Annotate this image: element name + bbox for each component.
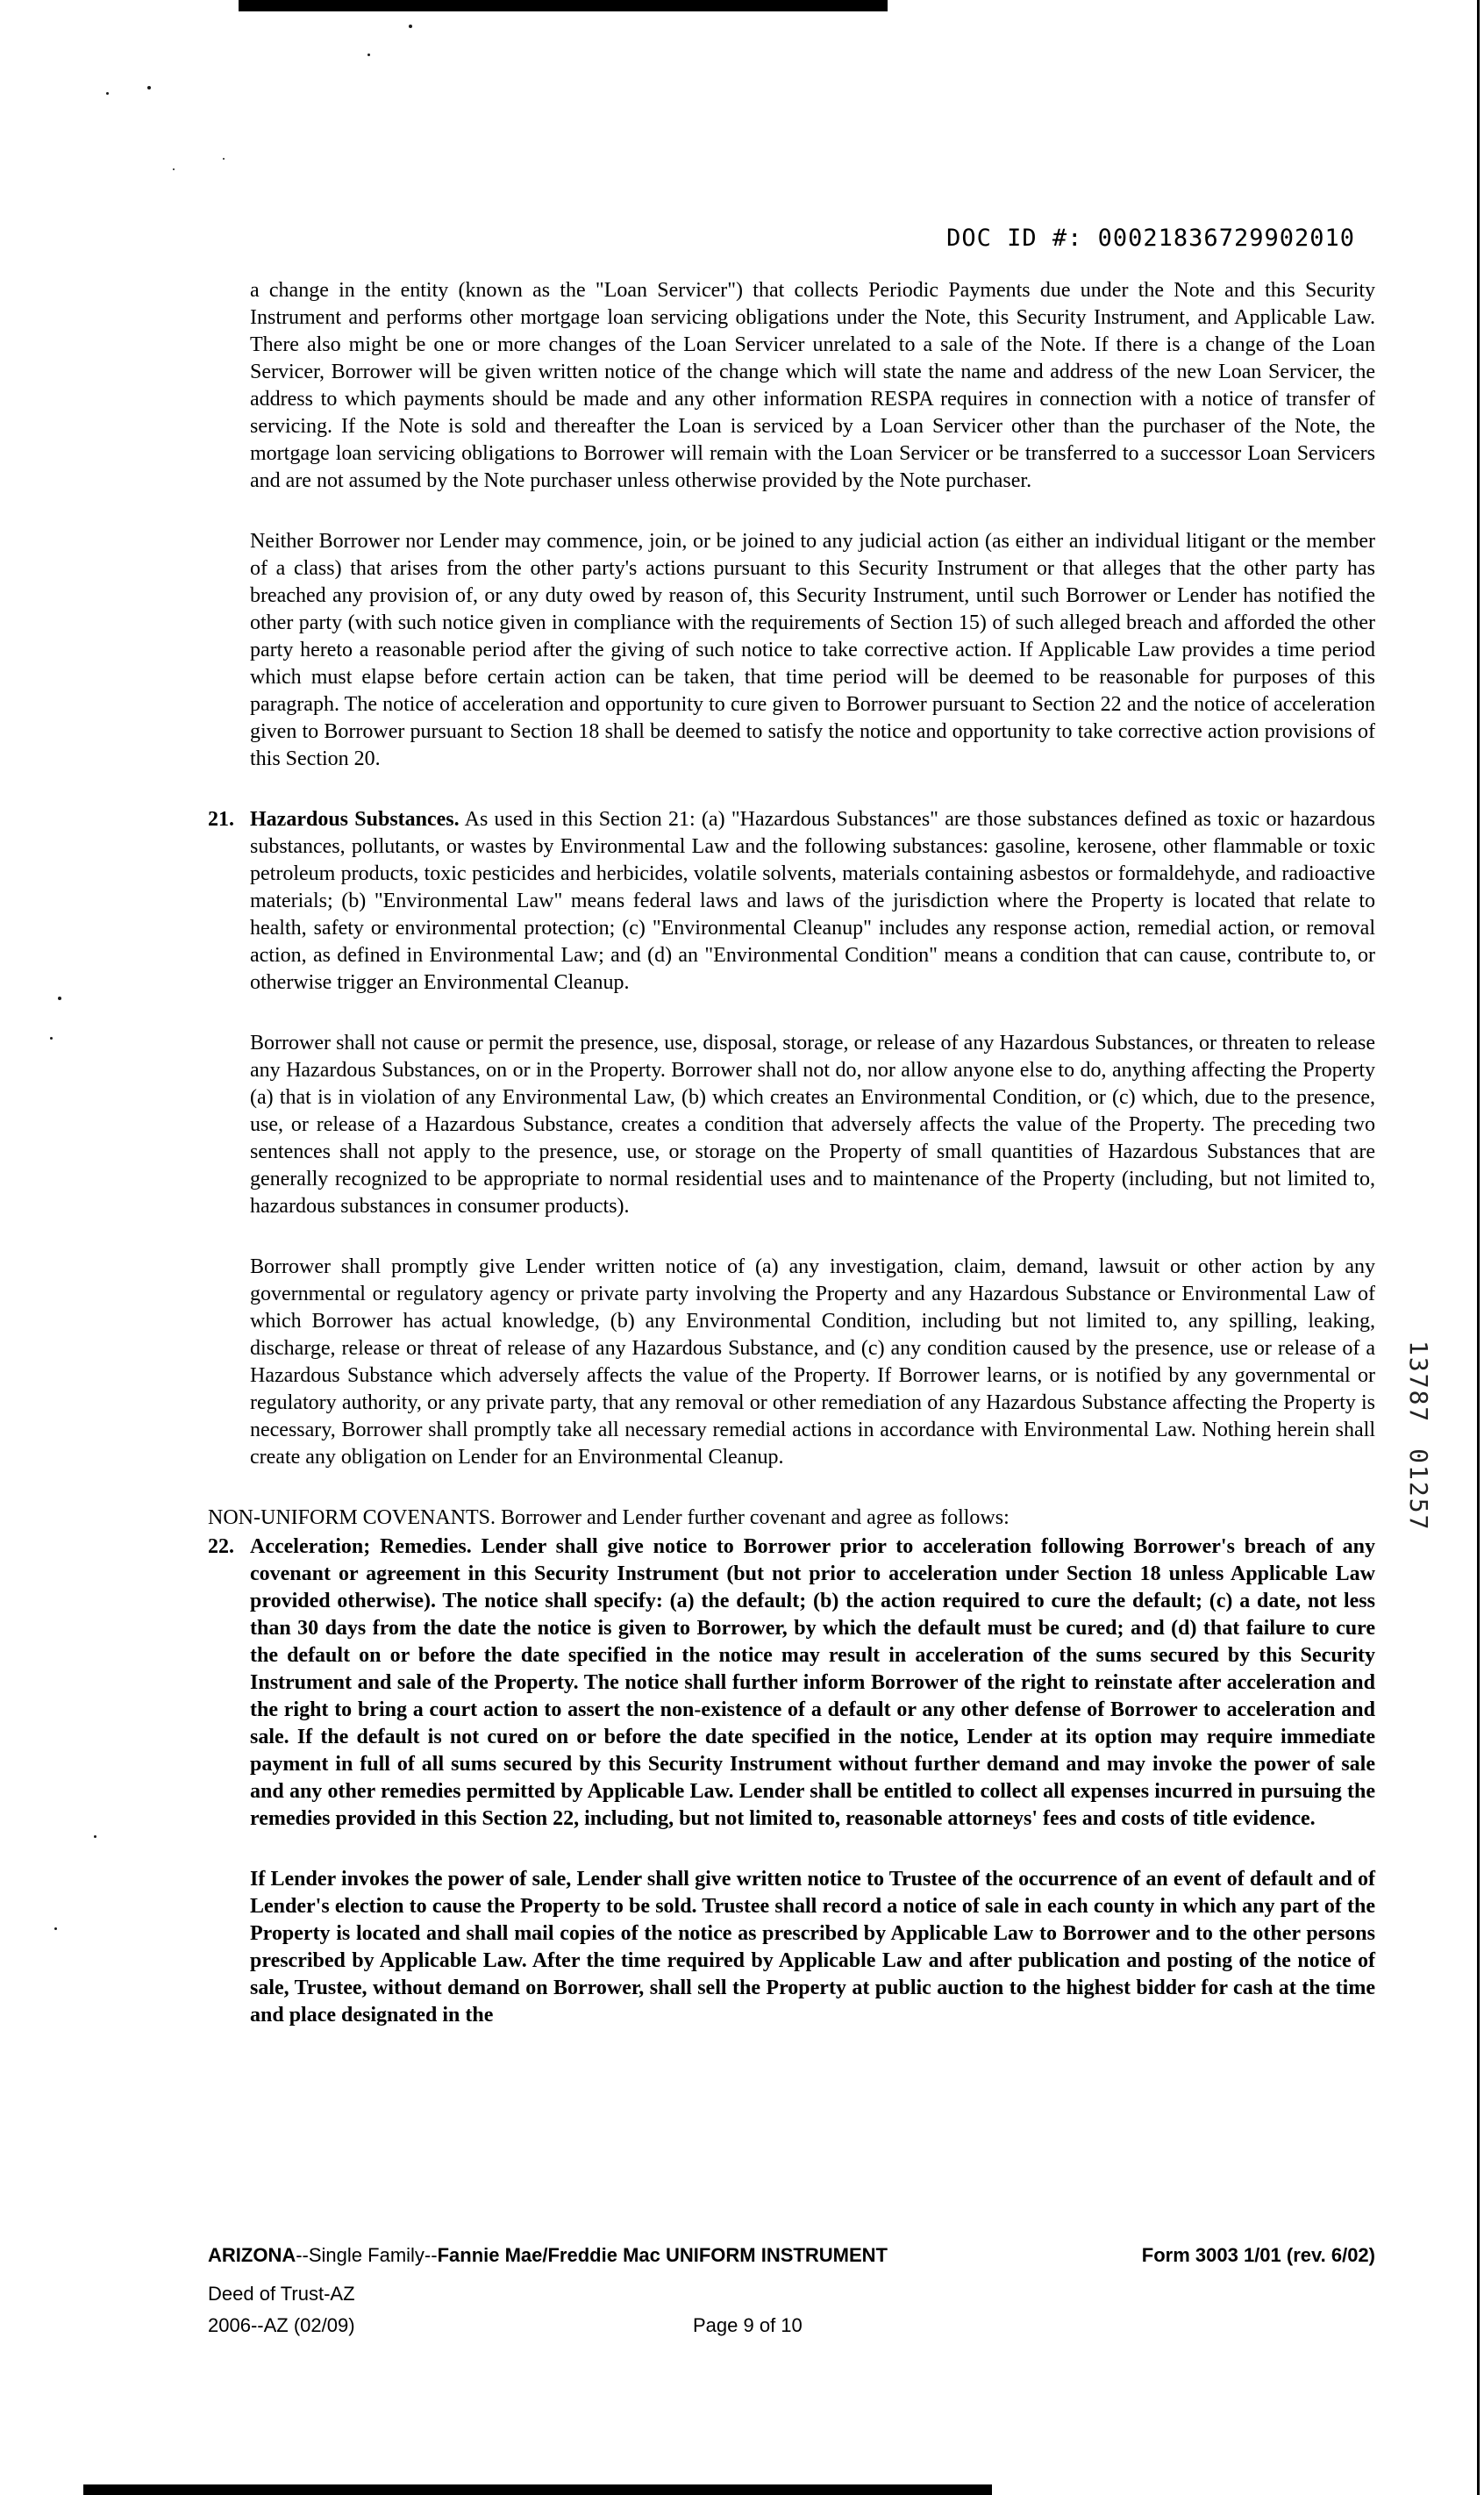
scan-artifact-dot [50,1037,53,1040]
section-22-number: 22. [208,1533,234,1561]
scan-artifact-dot [223,158,225,160]
footer-doc-name: Deed of Trust-AZ [208,2283,355,2306]
instrument-title: ARIZONA--Single Family--Fannie Mae/Fredd… [208,2244,888,2267]
paragraph-environmental-notice: Borrower shall promptly give Lender writ… [250,1254,1375,1471]
section-21-title: Hazardous Substances. [250,808,460,831]
footer-instrument-row: ARIZONA--Single Family--Fannie Mae/Fredd… [208,2244,1375,2267]
scan-artifact-dot [173,168,175,170]
scan-artifact-dot [94,1835,96,1838]
instrument-state: ARIZONA [208,2244,296,2266]
scan-artifact-dot [54,1927,57,1930]
scanned-document-page: DOC ID #: 00021836729902010 a change in … [0,0,1484,2495]
document-body: a change in the entity (known as the "Lo… [250,277,1375,2062]
scan-edge-bar-top [239,0,888,11]
footer-version-row: 2006--AZ (02/09) Page 9 of 10 [208,2314,1375,2337]
footer-doc-version: 2006--AZ (02/09) [208,2314,355,2336]
section-21-hazardous-substances: 21.Hazardous Substances. As used in this… [250,806,1375,997]
scan-artifact-dot [409,25,412,28]
paragraph-hazardous-use: Borrower shall not cause or permit the p… [250,1030,1375,1220]
doc-id: DOC ID #: 00021836729902010 [0,225,1355,252]
paragraph-power-of-sale: If Lender invokes the power of sale, Len… [250,1866,1375,2029]
paragraph-judicial-action: Neither Borrower nor Lender may commence… [250,528,1375,773]
scan-artifact-dot [106,92,109,95]
non-uniform-covenants-heading: NON-UNIFORM COVENANTS. Borrower and Lend… [208,1505,1375,1532]
scan-artifact-dot [367,54,370,56]
scan-artifact-dot [58,997,61,1000]
paragraph-loan-servicer: a change in the entity (known as the "Lo… [250,277,1375,495]
page-number: Page 9 of 10 [693,2314,803,2337]
section-22-text: Lender shall give notice to Borrower pri… [250,1535,1375,1830]
margin-vertical-number: 13787 01257 [1404,1340,1433,1531]
instrument-uniform: Fannie Mae/Freddie Mac UNIFORM INSTRUMEN… [438,2244,888,2266]
scan-edge-line-right [1477,0,1480,2495]
scan-edge-bar-bottom [83,2484,992,2495]
section-21-number: 21. [208,806,234,833]
form-number: Form 3003 1/01 (rev. 6/02) [1142,2244,1375,2267]
scan-artifact-dot [147,86,151,89]
section-21-text: As used in this Section 21: (a) "Hazardo… [250,808,1375,994]
section-22-title: Acceleration; Remedies. [250,1535,472,1558]
instrument-family: --Single Family-- [296,2244,437,2266]
section-22-acceleration-remedies: 22.Acceleration; Remedies. Lender shall … [250,1533,1375,1833]
